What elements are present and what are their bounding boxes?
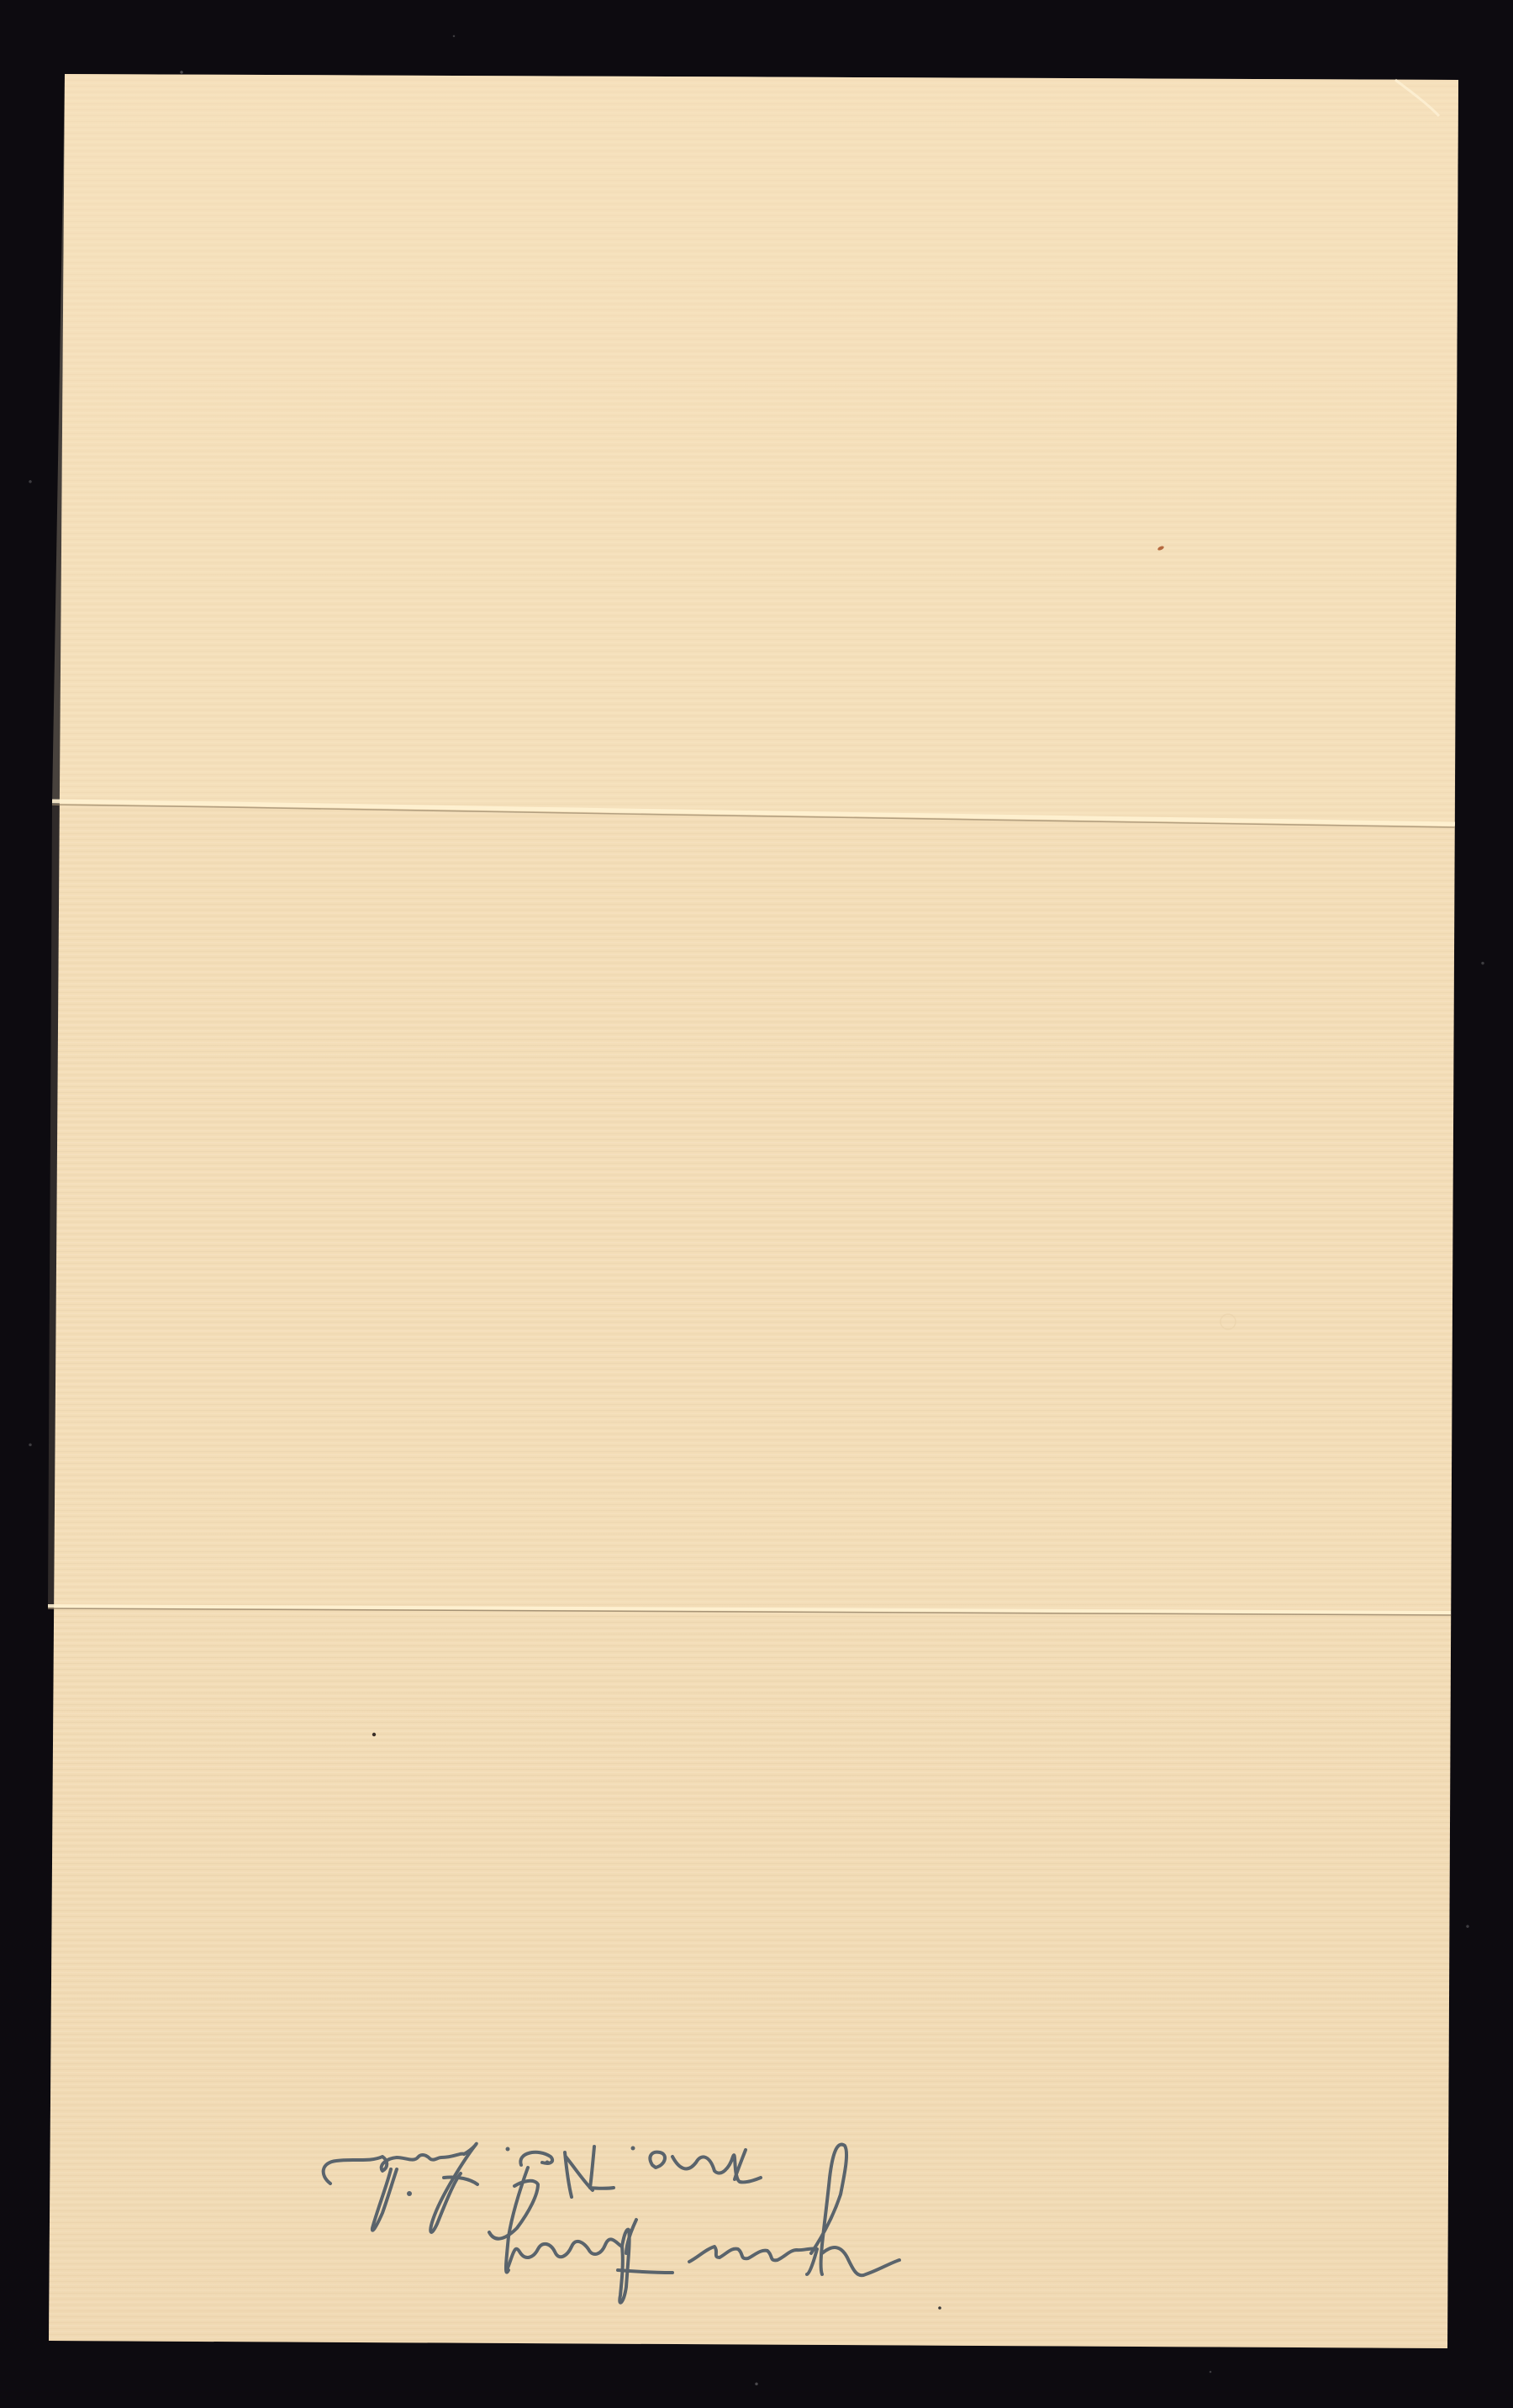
letter-sheet: Yours Truly Mrs. H. J. Ide	[0, 0, 1513, 2408]
ink-dot	[372, 1733, 376, 1736]
